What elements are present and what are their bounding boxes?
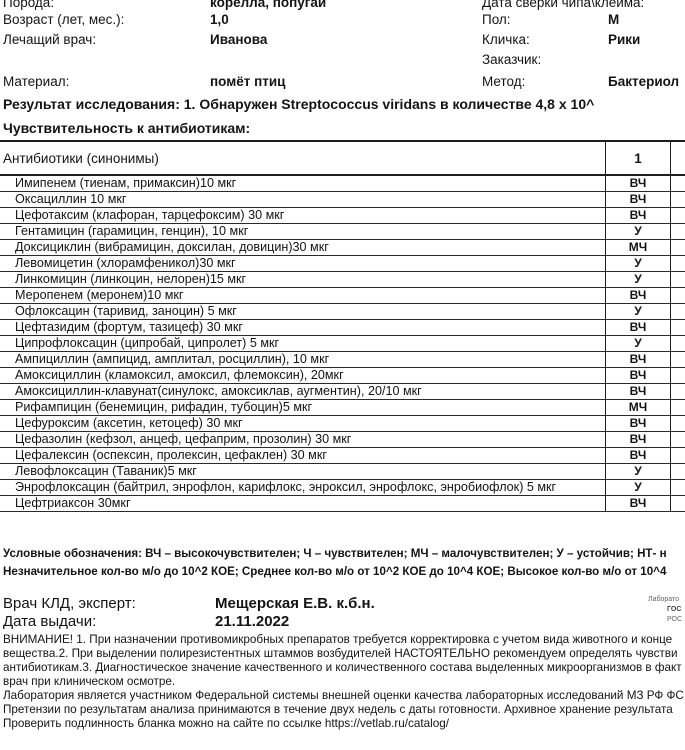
antibiotic-name: Левофлоксацин (Таваник)5 мкг <box>0 464 605 479</box>
extra-cell <box>670 400 685 415</box>
note-line: Проверить подлинность бланка можно на са… <box>3 717 449 731</box>
info-label-left: Лечащий врач: <box>3 32 96 48</box>
table-row: Цефазолин (кефзол, анцеф, цефаприм, проз… <box>0 432 685 448</box>
table-row: Оксациллин 10 мкгВЧ <box>0 192 685 208</box>
table-row: Левомицетин (хлорамфеникол)30 мкгУ <box>0 256 685 272</box>
antibiotic-name: Оксациллин 10 мкг <box>0 192 605 207</box>
sensitivity-result: МЧ <box>605 240 670 255</box>
antibiotic-name: Ампициллин (ампицид, амплитал, росциллин… <box>0 352 605 367</box>
expert-name: Мещерская Е.В. к.б.н. <box>215 595 375 613</box>
info-label-right: Пол: <box>482 12 511 28</box>
info-value-right: Рики <box>608 32 640 48</box>
extra-cell <box>670 304 685 319</box>
antibiotic-name: Цефтазидим (фортум, тазицеф) 30 мкг <box>0 320 605 335</box>
sensitivity-title: Чувствительность к антибиотикам: <box>3 119 250 137</box>
stamp-line-lab: Лаборато <box>648 595 679 604</box>
antibiotic-name: Амоксициллин (кламоксил, амоксил, флемок… <box>0 368 605 383</box>
sensitivity-result: У <box>605 480 670 495</box>
antibiotic-name: Гентамицин (гарамицин, генцин), 10 мкг <box>0 224 605 239</box>
extra-cell <box>670 320 685 335</box>
extra-cell <box>670 256 685 271</box>
table-row: Доксициклин (вибрамицин, доксилан, довиц… <box>0 240 685 256</box>
table-row: Амоксициллин-клавунат(синулокс, амоксикл… <box>0 384 685 400</box>
table-row: Цефуроксим (аксетин, кетоцеф) 30 мкгВЧ <box>0 416 685 432</box>
sensitivity-result: У <box>605 336 670 351</box>
info-value-left: Иванова <box>210 32 267 48</box>
extra-cell <box>670 384 685 399</box>
antibiotic-name: Энрофлоксацин (байтрил, энрофлон, карифл… <box>0 480 605 495</box>
note-line: врач при клиническом осмотре. <box>3 675 175 689</box>
extra-cell <box>670 496 685 511</box>
extra-cell <box>670 464 685 479</box>
sensitivity-result: У <box>605 256 670 271</box>
extra-cell <box>670 224 685 239</box>
info-label-left: Материал: <box>3 74 69 90</box>
note-line: Претензии по результатам анализа принима… <box>3 703 673 717</box>
table-row: Меропенем (меронем)10 мкгВЧ <box>0 288 685 304</box>
table-row: Ампициллин (ампицид, амплитал, росциллин… <box>0 352 685 368</box>
info-label-left: Порода: <box>3 0 54 11</box>
table-row: Рифампицин (бенемицин, рифадин, тубоцин)… <box>0 400 685 416</box>
extra-cell <box>670 288 685 303</box>
sensitivity-result: ВЧ <box>605 288 670 303</box>
antibiotic-name: Левомицетин (хлорамфеникол)30 мкг <box>0 256 605 271</box>
issue-date: 21.11.2022 <box>215 613 289 631</box>
sensitivity-result: ВЧ <box>605 384 670 399</box>
table-row: Энрофлоксацин (байтрил, энрофлон, карифл… <box>0 480 685 496</box>
extra-cell <box>670 208 685 223</box>
sensitivity-result: У <box>605 272 670 287</box>
sensitivity-result: ВЧ <box>605 448 670 463</box>
extra-cell <box>670 272 685 287</box>
info-value-right: М <box>608 12 619 28</box>
antibiotic-name: Меропенем (меронем)10 мкг <box>0 288 605 303</box>
table-row: Гентамицин (гарамицин, генцин), 10 мкгУ <box>0 224 685 240</box>
note-line: вещества.2. При выделении полирезистентн… <box>3 647 678 661</box>
sensitivity-result: У <box>605 224 670 239</box>
column-header-extra <box>670 142 685 174</box>
info-value-left: корелла, попугай <box>210 0 326 11</box>
info-label-right: Дата сверки чипа\клейма: <box>482 0 644 11</box>
extra-cell <box>670 432 685 447</box>
info-label-left: Возраст (лет, мес.): <box>3 12 124 28</box>
extra-cell <box>670 240 685 255</box>
sensitivity-result: ВЧ <box>605 352 670 367</box>
antibiotic-name: Цефазолин (кефзол, анцеф, цефаприм, проз… <box>0 432 605 447</box>
antibiotic-name: Амоксициллин-клавунат(синулокс, амоксикл… <box>0 384 605 399</box>
antibiotic-name: Доксициклин (вибрамицин, доксилан, довиц… <box>0 240 605 255</box>
sensitivity-result: ВЧ <box>605 320 670 335</box>
legend-line: Условные обозначения: ВЧ – высокочувстви… <box>3 546 667 562</box>
stamp-line-gos: ГОС <box>667 605 681 614</box>
extra-cell <box>670 176 685 191</box>
legend-line: Незначительное кол-во м/о до 10^2 КОЕ; С… <box>3 564 666 580</box>
table-row: Линкомицин (линкоцин, нелорен)15 мкгУ <box>0 272 685 288</box>
sensitivity-result: ВЧ <box>605 416 670 431</box>
antibiotic-name: Цефуроксим (аксетин, кетоцеф) 30 мкг <box>0 416 605 431</box>
sensitivity-result: ВЧ <box>605 208 670 223</box>
table-row: Левофлоксацин (Таваник)5 мкгУ <box>0 464 685 480</box>
table-row: Ципрофлоксацин (ципробай, ципролет) 5 мк… <box>0 336 685 352</box>
antibiotic-name: Линкомицин (линкоцин, нелорен)15 мкг <box>0 272 605 287</box>
table-header-row: Антибиотики (синонимы) 1 <box>0 140 685 176</box>
info-value-right: Бактериол <box>608 74 679 90</box>
table-row: Цефалексин (оспексин, пролексин, цефакле… <box>0 448 685 464</box>
table-row: Цефотаксим (клафоран, тарцефоксим) 30 мк… <box>0 208 685 224</box>
antibiotic-name: Цефотаксим (клафоран, тарцефоксим) 30 мк… <box>0 208 605 223</box>
sensitivity-result: У <box>605 304 670 319</box>
sensitivity-result: ВЧ <box>605 176 670 191</box>
note-line: Лаборатория является участником Федераль… <box>3 689 684 703</box>
sensitivity-result: ВЧ <box>605 192 670 207</box>
sensitivity-result: ВЧ <box>605 432 670 447</box>
antibiotic-sensitivity-table: Антибиотики (синонимы) 1 Имипенем (тиена… <box>0 140 685 512</box>
extra-cell <box>670 416 685 431</box>
info-value-left: 1,0 <box>210 12 229 28</box>
note-line: ВНИМАНИЕ! 1. При назначении противомикро… <box>3 633 672 647</box>
info-label-right: Метод: <box>482 74 525 90</box>
note-line: антибиотикам.3. Диагностическое значение… <box>3 661 682 675</box>
table-row: Цефтриаксон 30мкгВЧ <box>0 496 685 512</box>
antibiotic-name: Офлоксацин (таривид, заноцин) 5 мкг <box>0 304 605 319</box>
issue-date-label: Дата выдачи: <box>3 613 96 631</box>
info-label-right: Кличка: <box>482 32 530 48</box>
sensitivity-result: МЧ <box>605 400 670 415</box>
expert-label: Врач КЛД, эксперт: <box>3 595 136 613</box>
column-header-antibiotics: Антибиотики (синонимы) <box>0 142 605 174</box>
extra-cell <box>670 192 685 207</box>
table-row: Амоксициллин (кламоксил, амоксил, флемок… <box>0 368 685 384</box>
extra-cell <box>670 480 685 495</box>
extra-cell <box>670 336 685 351</box>
table-row: Офлоксацин (таривид, заноцин) 5 мкгУ <box>0 304 685 320</box>
info-value-left: помёт птиц <box>210 74 285 90</box>
antibiotic-name: Цефтриаксон 30мкг <box>0 496 605 511</box>
info-label-right: Заказчик: <box>482 52 541 68</box>
result-line: Результат исследования: 1. Обнаружен Str… <box>3 95 594 113</box>
column-header-sample: 1 <box>605 142 670 174</box>
table-row: Цефтазидим (фортум, тазицеф) 30 мкгВЧ <box>0 320 685 336</box>
sensitivity-result: У <box>605 464 670 479</box>
antibiotic-name: Имипенем (тиенам, примаксин)10 мкг <box>0 176 605 191</box>
antibiotic-name: Цефалексин (оспексин, пролексин, цефакле… <box>0 448 605 463</box>
stamp-line-ros: РОС <box>667 615 682 624</box>
extra-cell <box>670 448 685 463</box>
table-row: Имипенем (тиенам, примаксин)10 мкгВЧ <box>0 176 685 192</box>
sensitivity-result: ВЧ <box>605 368 670 383</box>
antibiotic-name: Рифампицин (бенемицин, рифадин, тубоцин)… <box>0 400 605 415</box>
sensitivity-result: ВЧ <box>605 496 670 511</box>
extra-cell <box>670 368 685 383</box>
antibiotic-name: Ципрофлоксацин (ципробай, ципролет) 5 мк… <box>0 336 605 351</box>
extra-cell <box>670 352 685 367</box>
